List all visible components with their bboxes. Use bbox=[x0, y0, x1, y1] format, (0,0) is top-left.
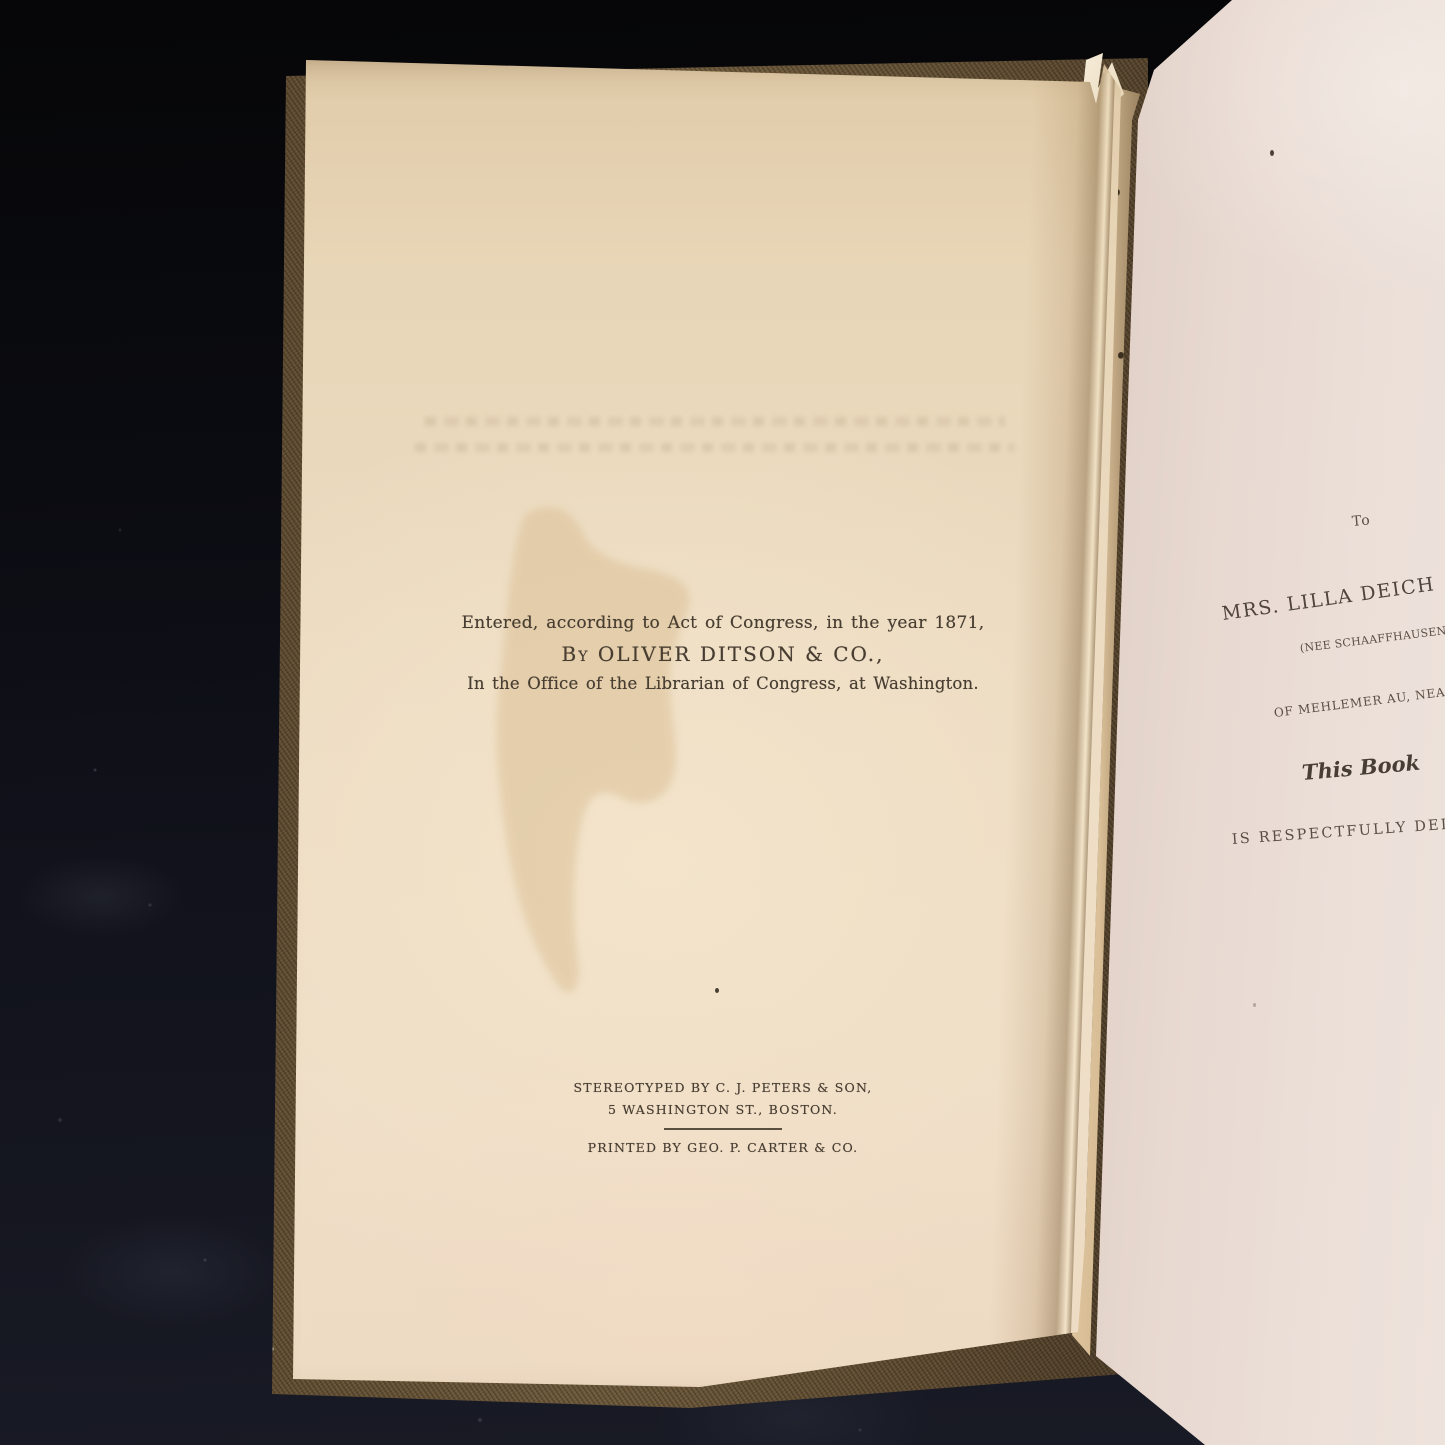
dedication-line: IS RESPECTFULLY DEDI bbox=[1231, 816, 1445, 848]
dust-speck bbox=[715, 988, 719, 993]
dust-speck bbox=[1270, 150, 1274, 156]
right-page: To MRS. LILLA DEICH (NEE SCHAAFFHAUSEN,)… bbox=[1080, 0, 1445, 1445]
show-through-text bbox=[425, 417, 1005, 426]
show-through-text bbox=[415, 443, 1015, 452]
left-page: Entered, according to Act of Congress, i… bbox=[255, 55, 1135, 1400]
dedication-to: To bbox=[1351, 512, 1371, 530]
dedication-name: MRS. LILLA DEICH bbox=[1220, 573, 1436, 625]
dedication-this-book: This Book bbox=[1301, 750, 1421, 785]
dedication-place: OF MEHLEMER AU, NEAR B bbox=[1273, 682, 1445, 720]
divider-rule bbox=[664, 1128, 782, 1130]
dust-speck bbox=[1253, 1003, 1256, 1007]
stitch-hole bbox=[1118, 352, 1124, 359]
water-stain bbox=[470, 490, 740, 1000]
dedication-nee: (NEE SCHAAFFHAUSEN,) bbox=[1299, 623, 1445, 655]
book-photo: To MRS. LILLA DEICH (NEE SCHAAFFHAUSEN,)… bbox=[0, 0, 1445, 1445]
